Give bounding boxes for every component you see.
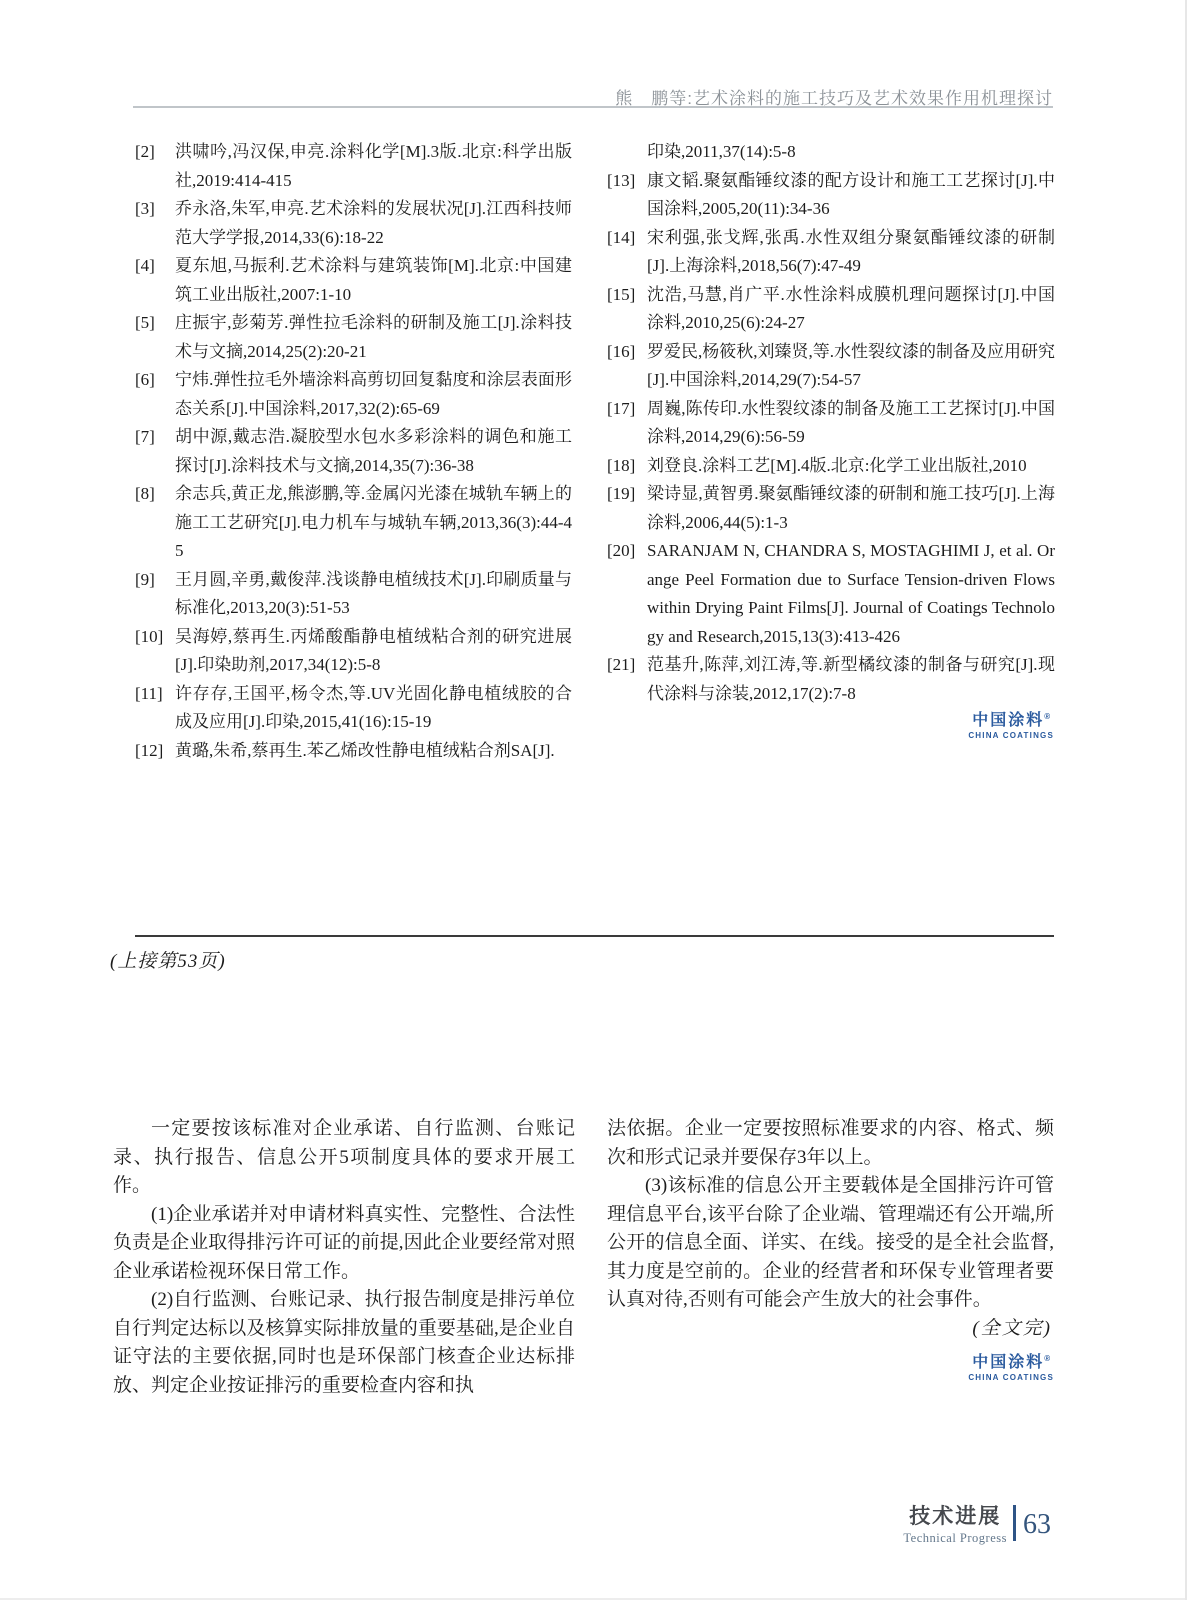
logo-cn-text: 中国涂料 bbox=[972, 712, 1044, 729]
reference-number: [9] bbox=[135, 566, 175, 623]
body-logo-row: 中国涂料® CHINA COATINGS bbox=[607, 1355, 1054, 1390]
body-paragraph-continuation: 法依据。企业一定要按照标准要求的内容、格式、频次和形式记录并要保存3年以上。 bbox=[607, 1115, 1054, 1172]
reference-text: 康文韬.聚氨酯锤纹漆的配方设计和施工工艺探讨[J].中国涂料,2005,20(1… bbox=[647, 167, 1055, 224]
china-coatings-logo-cn: 中国涂料® bbox=[968, 713, 1054, 729]
reference-text: 沈浩,马慧,肖广平.水性涂料成膜机理问题探讨[J].中国涂料,2010,25(6… bbox=[647, 281, 1055, 338]
reference-number: [14] bbox=[607, 224, 647, 281]
reference-text: 余志兵,黄正龙,熊澎鹏,等.金属闪光漆在城轨车辆上的施工工艺研究[J].电力机车… bbox=[175, 480, 572, 566]
reference-item: [5] 庄振宇,彭菊芳.弹性拉毛涂料的研制及施工[J].涂料技术与文摘,2014… bbox=[135, 309, 572, 366]
reference-text: 梁诗显,黄智勇.聚氨酯锤纹漆的研制和施工技巧[J].上海涂料,2006,44(5… bbox=[647, 480, 1055, 537]
reference-item: [18] 刘登良.涂料工艺[M].4版.北京:化学工业出版社,2010 bbox=[607, 452, 1055, 481]
reference-text: 罗爱民,杨筱秋,刘臻贤,等.水性裂纹漆的制备及应用研究[J].中国涂料,2014… bbox=[647, 338, 1055, 395]
reference-item: [4] 夏东旭,马振利.艺术涂料与建筑装饰[M].北京:中国建筑工业出版社,20… bbox=[135, 252, 572, 309]
reference-item: [9] 王月圆,辛勇,戴俊萍.浅谈静电植绒技术[J].印刷质量与标准化,2013… bbox=[135, 566, 572, 623]
header-rule bbox=[133, 106, 1053, 108]
reference-number: [6] bbox=[135, 366, 175, 423]
reference-number: [2] bbox=[135, 138, 175, 195]
reference-item: [17] 周巍,陈传印.水性裂纹漆的制备及施工工艺探讨[J].中国涂料,2014… bbox=[607, 395, 1055, 452]
reference-text: 洪啸吟,冯汉保,申亮.涂料化学[M].3版.北京:科学出版社,2019:414-… bbox=[175, 138, 572, 195]
reference-item: [3] 乔永洛,朱军,申亮.艺术涂料的发展状况[J].江西科技师范大学学报,20… bbox=[135, 195, 572, 252]
footer-divider-bar bbox=[1013, 1505, 1016, 1541]
reference-item: [2] 洪啸吟,冯汉保,申亮.涂料化学[M].3版.北京:科学出版社,2019:… bbox=[135, 138, 572, 195]
journal-page: 熊 鹏等:艺术涂料的施工技巧及艺术效果作用机理探讨 [2] 洪啸吟,冯汉保,申亮… bbox=[0, 0, 1187, 1600]
reference-number: [19] bbox=[607, 480, 647, 537]
reference-item: [20] SARANJAM N, CHANDRA S, MOSTAGHIMI J… bbox=[607, 537, 1055, 651]
reference-item: [13] 康文韬.聚氨酯锤纹漆的配方设计和施工工艺探讨[J].中国涂料,2005… bbox=[607, 167, 1055, 224]
body-paragraph: (2)自行监测、台账记录、执行报告制度是排污单位自行判定达标以及核算实际排放量的… bbox=[113, 1286, 575, 1400]
reference-number: [13] bbox=[607, 167, 647, 224]
reference-number: [4] bbox=[135, 252, 175, 309]
reference-item: [10] 吴海婷,蔡再生.丙烯酸酯静电植绒粘合剂的研究进展[J].印染助剂,20… bbox=[135, 623, 572, 680]
reference-text: 刘登良.涂料工艺[M].4版.北京:化学工业出版社,2010 bbox=[647, 452, 1055, 481]
logo-cn-text: 中国涂料 bbox=[972, 1354, 1044, 1371]
reference-number bbox=[607, 138, 647, 167]
body-paragraph: 一定要按该标准对企业承诺、自行监测、台账记录、执行报告、信息公开5项制度具体的要… bbox=[113, 1115, 575, 1201]
reference-number: [20] bbox=[607, 537, 647, 651]
body-column-left: 一定要按该标准对企业承诺、自行监测、台账记录、执行报告、信息公开5项制度具体的要… bbox=[113, 1115, 575, 1400]
references-column-right: 印染,2011,37(14):5-8 [13] 康文韬.聚氨酯锤纹漆的配方设计和… bbox=[607, 138, 1055, 765]
reference-text: SARANJAM N, CHANDRA S, MOSTAGHIMI J, et … bbox=[647, 537, 1055, 651]
reference-text: 印染,2011,37(14):5-8 bbox=[647, 138, 1055, 167]
reference-text: 乔永洛,朱军,申亮.艺术涂料的发展状况[J].江西科技师范大学学报,2014,3… bbox=[175, 195, 572, 252]
reference-text: 吴海婷,蔡再生.丙烯酸酯静电植绒粘合剂的研究进展[J].印染助剂,2017,34… bbox=[175, 623, 572, 680]
reference-text: 宁炜.弹性拉毛外墙涂料高剪切回复黏度和涂层表面形态关系[J].中国涂料,2017… bbox=[175, 366, 572, 423]
reference-text: 胡中源,戴志浩.凝胶型水包水多彩涂料的调色和施工探讨[J].涂料技术与文摘,20… bbox=[175, 423, 572, 480]
reference-item: [15] 沈浩,马慧,肖广平.水性涂料成膜机理问题探讨[J].中国涂料,2010… bbox=[607, 281, 1055, 338]
reference-text: 庄振宇,彭菊芳.弹性拉毛涂料的研制及施工[J].涂料技术与文摘,2014,25(… bbox=[175, 309, 572, 366]
references-logo-row: 中国涂料® CHINA COATINGS bbox=[135, 713, 1054, 743]
body-column-right: 法依据。企业一定要按照标准要求的内容、格式、频次和形式记录并要保存3年以上。 (… bbox=[607, 1115, 1054, 1400]
references-column-left: [2] 洪啸吟,冯汉保,申亮.涂料化学[M].3版.北京:科学出版社,2019:… bbox=[135, 138, 572, 765]
reference-text: 宋利强,张戈辉,张禹.水性双组分聚氨酯锤纹漆的研制[J].上海涂料,2018,5… bbox=[647, 224, 1055, 281]
reference-number: [15] bbox=[607, 281, 647, 338]
reference-text: 夏东旭,马振利.艺术涂料与建筑装饰[M].北京:中国建筑工业出版社,2007:1… bbox=[175, 252, 572, 309]
reference-item: [16] 罗爱民,杨筱秋,刘臻贤,等.水性裂纹漆的制备及应用研究[J].中国涂料… bbox=[607, 338, 1055, 395]
china-coatings-logo: 中国涂料® CHINA COATINGS bbox=[968, 713, 1054, 740]
reference-number: [5] bbox=[135, 309, 175, 366]
footer-section-labels: 技术进展 Technical Progress bbox=[903, 1500, 1007, 1546]
reference-item: [14] 宋利强,张戈辉,张禹.水性双组分聚氨酯锤纹漆的研制[J].上海涂料,2… bbox=[607, 224, 1055, 281]
reference-item: 印染,2011,37(14):5-8 bbox=[607, 138, 1055, 167]
body-text-section: 一定要按该标准对企业承诺、自行监测、台账记录、执行报告、信息公开5项制度具体的要… bbox=[113, 1115, 1054, 1400]
page-number: 63 bbox=[1023, 1505, 1051, 1541]
reference-item: [21] 范基升,陈萍,刘江涛,等.新型橘纹漆的制备与研究[J].现代涂料与涂装… bbox=[607, 651, 1055, 708]
footer-section-title-cn: 技术进展 bbox=[903, 1500, 1007, 1530]
china-coatings-logo-en: CHINA COATINGS bbox=[968, 732, 1054, 740]
reference-number: [17] bbox=[607, 395, 647, 452]
continued-from-note: (上接第53页) bbox=[110, 946, 226, 973]
page-footer: 技术进展 Technical Progress 63 bbox=[903, 1500, 1051, 1546]
reference-item: [6] 宁炜.弹性拉毛外墙涂料高剪切回复黏度和涂层表面形态关系[J].中国涂料,… bbox=[135, 366, 572, 423]
registered-mark: ® bbox=[1044, 1354, 1050, 1363]
reference-number: [18] bbox=[607, 452, 647, 481]
reference-number: [8] bbox=[135, 480, 175, 566]
reference-number: [7] bbox=[135, 423, 175, 480]
reference-number: [16] bbox=[607, 338, 647, 395]
reference-text: 周巍,陈传印.水性裂纹漆的制备及施工工艺探讨[J].中国涂料,2014,29(6… bbox=[647, 395, 1055, 452]
section-divider-rule bbox=[135, 935, 1054, 937]
registered-mark: ® bbox=[1044, 712, 1050, 721]
reference-text: 王月圆,辛勇,戴俊萍.浅谈静电植绒技术[J].印刷质量与标准化,2013,20(… bbox=[175, 566, 572, 623]
body-paragraph: (1)企业承诺并对申请材料真实性、完整性、合法性负责是企业取得排污许可证的前提,… bbox=[113, 1201, 575, 1287]
reference-item: [8] 余志兵,黄正龙,熊澎鹏,等.金属闪光漆在城轨车辆上的施工工艺研究[J].… bbox=[135, 480, 572, 566]
reference-item: [19] 梁诗显,黄智勇.聚氨酯锤纹漆的研制和施工技巧[J].上海涂料,2006… bbox=[607, 480, 1055, 537]
article-end-note: (全文完) bbox=[607, 1315, 1054, 1344]
reference-number: [10] bbox=[135, 623, 175, 680]
footer-section-title-en: Technical Progress bbox=[903, 1531, 1007, 1546]
reference-text: 范基升,陈萍,刘江涛,等.新型橘纹漆的制备与研究[J].现代涂料与涂装,2012… bbox=[647, 651, 1055, 708]
reference-number: [3] bbox=[135, 195, 175, 252]
china-coatings-logo-en: CHINA COATINGS bbox=[968, 1374, 1054, 1382]
reference-item: [7] 胡中源,戴志浩.凝胶型水包水多彩涂料的调色和施工探讨[J].涂料技术与文… bbox=[135, 423, 572, 480]
body-paragraph: (3)该标准的信息公开主要载体是全国排污许可管理信息平台,该平台除了企业端、管理… bbox=[607, 1172, 1054, 1315]
references-section: [2] 洪啸吟,冯汉保,申亮.涂料化学[M].3版.北京:科学出版社,2019:… bbox=[135, 138, 1055, 765]
reference-number: [21] bbox=[607, 651, 647, 708]
china-coatings-logo-cn: 中国涂料® bbox=[968, 1355, 1054, 1371]
china-coatings-logo: 中国涂料® CHINA COATINGS bbox=[968, 1355, 1054, 1382]
